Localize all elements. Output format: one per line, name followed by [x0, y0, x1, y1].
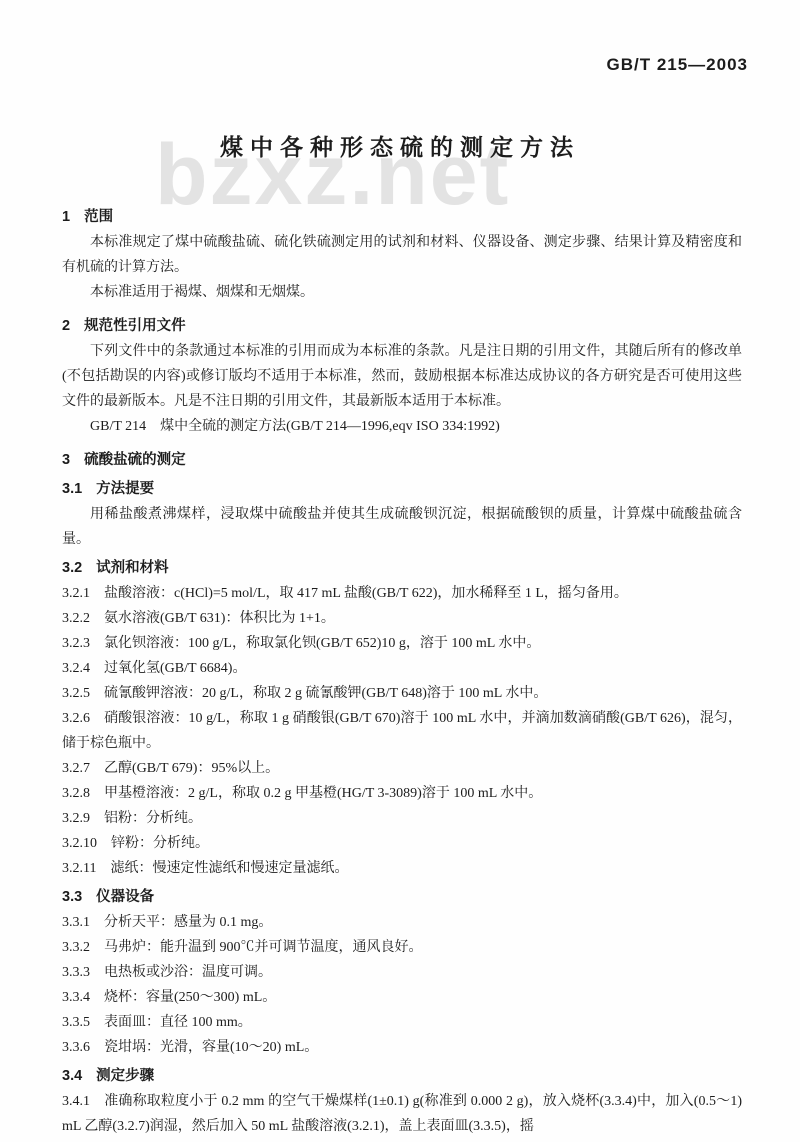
clause-number: 3.3.4 [62, 990, 90, 1005]
clause-text: 测定步骤 [96, 1068, 154, 1084]
clause-text: 电热板或沙浴：温度可调。 [104, 965, 272, 980]
clause-text: 锌粉：分析纯。 [111, 836, 209, 851]
clause-text: 硫氰酸钾溶液：20 g/L，称取 2 g 硫氰酸钾(GB/T 648)溶于 10… [104, 686, 547, 701]
clause: 3.3.6瓷坩埚：光滑，容量(10～20) mL。 [62, 1035, 742, 1060]
clause-number: 3.3.2 [62, 940, 90, 955]
clause-text: 分析天平：感量为 0.1 mg。 [104, 915, 272, 930]
paragraph: 本标准规定了煤中硫酸盐硫、硫化铁硫测定用的试剂和材料、仪器设备、测定步骤、结果计… [62, 230, 742, 280]
clause-number: 3.3.5 [62, 1015, 90, 1030]
clause-text: 盐酸溶液：c(HCl)=5 mol/L，取 417 mL 盐酸(GB/T 622… [104, 586, 628, 601]
clause-number: 2 [62, 318, 70, 334]
subsection-heading: 3.1方法提要 [62, 477, 742, 502]
clause: 3.3.5表面皿：直径 100 mm。 [62, 1010, 742, 1035]
clause-number: 3.4 [62, 1068, 82, 1084]
section-heading: 3硫酸盐硫的测定 [62, 448, 742, 473]
clause-text: 下列文件中的条款通过本标准的引用而成为本标准的条款。凡是注日期的引用文件，其随后… [62, 344, 742, 409]
paragraph: 用稀盐酸煮沸煤样，浸取煤中硫酸盐并使其生成硫酸钡沉淀，根据硫酸钡的质量，计算煤中… [62, 502, 742, 552]
clause-number: 3.2.1 [62, 586, 90, 601]
reference-entry: GB/T 214 煤中全硫的测定方法(GB/T 214—1996,eqv ISO… [62, 414, 742, 439]
document-title: 煤中各种形态硫的测定方法 [0, 129, 800, 162]
clause-text: 滤纸：慢速定性滤纸和慢速定量滤纸。 [110, 861, 348, 876]
clause-number: 3.2.8 [62, 786, 90, 801]
clause: 3.3.2马弗炉：能升温到 900℃并可调节温度，通风良好。 [62, 935, 742, 960]
subsection-heading: 3.4测定步骤 [62, 1064, 742, 1089]
clause-number: 3.3.1 [62, 915, 90, 930]
clause-number: 3.2.9 [62, 811, 90, 826]
clause: 3.2.10锌粉：分析纯。 [62, 831, 742, 856]
standard-number: GB/T 215—2003 [606, 55, 748, 75]
clause-text: 范围 [84, 209, 113, 225]
clause-text: 仪器设备 [96, 889, 154, 905]
clause-number: 3.2.7 [62, 761, 90, 776]
clause: 3.2.9铝粉：分析纯。 [62, 806, 742, 831]
clause-number: 3.4.1 [62, 1094, 90, 1109]
clause: 3.2.11滤纸：慢速定性滤纸和慢速定量滤纸。 [62, 856, 742, 881]
clause-text: 铝粉：分析纯。 [104, 811, 202, 826]
clause-text: 硫酸盐硫的测定 [84, 452, 186, 468]
clause: 3.2.4过氧化氢(GB/T 6684)。 [62, 656, 742, 681]
clause-number: 3.2.11 [62, 861, 96, 876]
clause: 3.3.1分析天平：感量为 0.1 mg。 [62, 910, 742, 935]
clause-number: 3.2.5 [62, 686, 90, 701]
section-heading: 2规范性引用文件 [62, 314, 742, 339]
paragraph: 下列文件中的条款通过本标准的引用而成为本标准的条款。凡是注日期的引用文件，其随后… [62, 339, 742, 414]
clause-text: 试剂和材料 [96, 560, 169, 576]
clause-text: 用稀盐酸煮沸煤样，浸取煤中硫酸盐并使其生成硫酸钡沉淀，根据硫酸钡的质量，计算煤中… [62, 507, 742, 547]
clause: 3.2.8甲基橙溶液：2 g/L，称取 0.2 g 甲基橙(HG/T 3-308… [62, 781, 742, 806]
clause-text: 准确称取粒度小于 0.2 mm 的空气干燥煤样(1±0.1) g(称准到 0.0… [62, 1094, 742, 1134]
clause-text: 规范性引用文件 [84, 318, 186, 334]
clause: 3.2.5硫氰酸钾溶液：20 g/L，称取 2 g 硫氰酸钾(GB/T 648)… [62, 681, 742, 706]
clause-number: 3.3 [62, 889, 82, 905]
clause-number: 3.1 [62, 481, 82, 497]
clause-text: 本标准适用于褐煤、烟煤和无烟煤。 [90, 285, 314, 300]
clause-text: 马弗炉：能升温到 900℃并可调节温度，通风良好。 [104, 940, 423, 955]
clause: 3.2.1盐酸溶液：c(HCl)=5 mol/L，取 417 mL 盐酸(GB/… [62, 581, 742, 606]
subsection-heading: 3.3仪器设备 [62, 885, 742, 910]
clause-text: 氯化钡溶液：100 g/L，称取氯化钡(GB/T 652)10 g，溶于 100… [104, 636, 540, 651]
clause-number: 3.2.10 [62, 836, 97, 851]
clause-number: 3.2 [62, 560, 82, 576]
document-page: bzxz.net GB/T 215—2003 煤中各种形态硫的测定方法 1范围本… [0, 0, 800, 1142]
clause: 3.4.1准确称取粒度小于 0.2 mm 的空气干燥煤样(1±0.1) g(称准… [62, 1089, 742, 1139]
clause: 3.2.6硝酸银溶液：10 g/L，称取 1 g 硝酸银(GB/T 670)溶于… [62, 706, 742, 756]
clause: 3.2.3氯化钡溶液：100 g/L，称取氯化钡(GB/T 652)10 g，溶… [62, 631, 742, 656]
clause-text: 烧杯：容量(250～300) mL。 [104, 990, 276, 1005]
document-body: 1范围本标准规定了煤中硫酸盐硫、硫化铁硫测定用的试剂和材料、仪器设备、测定步骤、… [62, 196, 742, 1139]
section-heading: 1范围 [62, 205, 742, 230]
clause-text: GB/T 214 煤中全硫的测定方法(GB/T 214—1996,eqv ISO… [90, 419, 500, 434]
clause-text: 乙醇(GB/T 679)：95%以上。 [104, 761, 279, 776]
clause-text: 硝酸银溶液：10 g/L，称取 1 g 硝酸银(GB/T 670)溶于 100 … [62, 711, 742, 751]
clause-number: 3.2.3 [62, 636, 90, 651]
clause: 3.2.2氨水溶液(GB/T 631)：体积比为 1+1。 [62, 606, 742, 631]
clause: 3.3.4烧杯：容量(250～300) mL。 [62, 985, 742, 1010]
clause-number: 1 [62, 209, 70, 225]
clause-number: 3.2.4 [62, 661, 90, 676]
clause-text: 氨水溶液(GB/T 631)：体积比为 1+1。 [104, 611, 335, 626]
clause-number: 3 [62, 452, 70, 468]
clause-text: 本标准规定了煤中硫酸盐硫、硫化铁硫测定用的试剂和材料、仪器设备、测定步骤、结果计… [62, 235, 742, 275]
clause-number: 3.2.6 [62, 711, 90, 726]
clause-number: 3.3.3 [62, 965, 90, 980]
subsection-heading: 3.2试剂和材料 [62, 556, 742, 581]
clause-number: 3.3.6 [62, 1040, 90, 1055]
clause-text: 瓷坩埚：光滑，容量(10～20) mL。 [104, 1040, 318, 1055]
clause: 3.3.3电热板或沙浴：温度可调。 [62, 960, 742, 985]
clause-number: 3.2.2 [62, 611, 90, 626]
clause-text: 甲基橙溶液：2 g/L，称取 0.2 g 甲基橙(HG/T 3-3089)溶于 … [104, 786, 542, 801]
clause: 3.2.7乙醇(GB/T 679)：95%以上。 [62, 756, 742, 781]
clause-text: 过氧化氢(GB/T 6684)。 [104, 661, 246, 676]
clause-text: 方法提要 [96, 481, 154, 497]
clause-text: 表面皿：直径 100 mm。 [104, 1015, 252, 1030]
paragraph: 本标准适用于褐煤、烟煤和无烟煤。 [62, 280, 742, 305]
